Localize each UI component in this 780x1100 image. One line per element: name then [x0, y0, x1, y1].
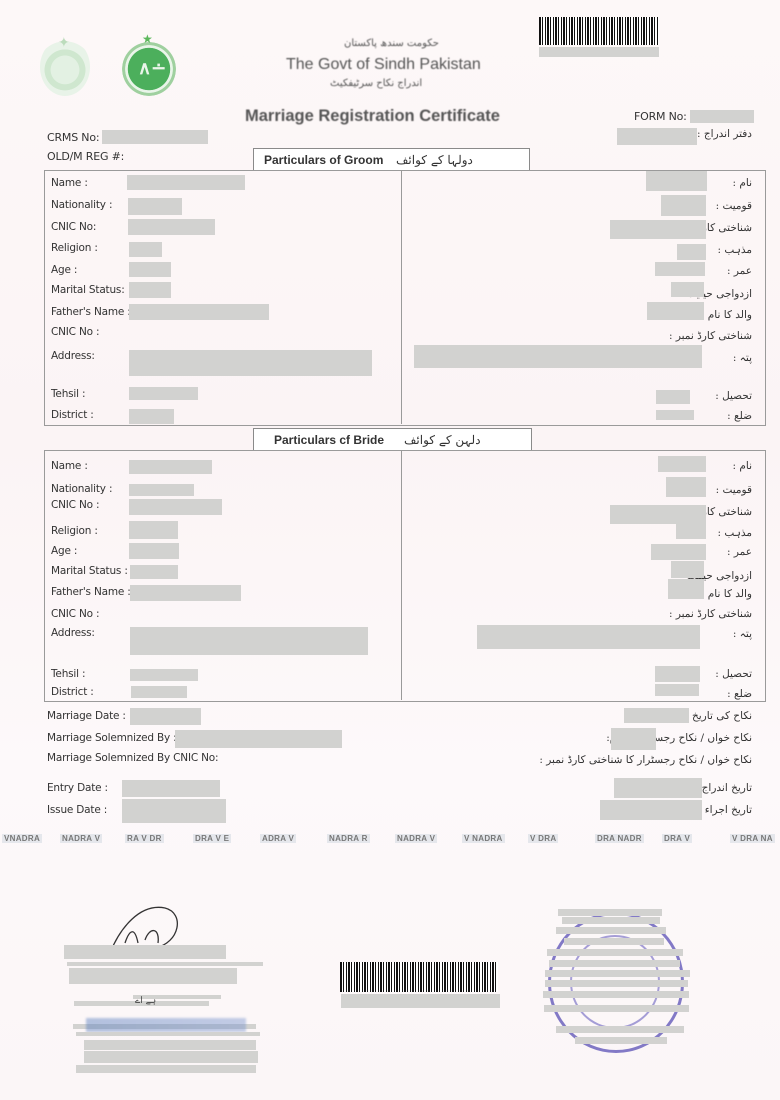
nadra-emblem-glyph: ∧∸ [138, 58, 166, 79]
issue-date-value [122, 799, 226, 823]
stamp-redact-bar [543, 991, 689, 998]
bride-name-urdu-value [658, 456, 706, 472]
groom-father-s-name-label: Father's Name : [51, 306, 131, 318]
bride-name-label: Name : [51, 460, 88, 472]
bride-column-divider [401, 450, 402, 700]
groom-nationality-value [128, 198, 182, 215]
groom-address-value [129, 350, 372, 376]
groom-tehsil-urdu-value [656, 390, 690, 404]
watermark-text: V DRA [528, 834, 558, 843]
form-no-label: FORM No: [634, 110, 687, 123]
bride-tehsil-urdu-value [655, 666, 700, 682]
bride-tehsil-urdu-label: تحصیل : [715, 668, 752, 680]
bottom-barcode [340, 962, 498, 992]
watermark-text: V NADRA [462, 834, 505, 843]
bride-marital-status-value [130, 565, 178, 579]
groom-name-label: Name : [51, 177, 88, 189]
crms-label: CRMS No: [47, 131, 99, 144]
govt-title: The Govt of Sindh Pakistan [286, 56, 481, 74]
watermark-text: VNADRA [2, 834, 42, 843]
groom-section-title: Particulars of Groom [264, 153, 383, 167]
registrar-detail-redact-3 [76, 1065, 256, 1073]
bride-religion-value [129, 521, 178, 539]
cert-title: Marriage Registration Certificate [245, 107, 500, 126]
bride-age-urdu-label: عمر : [727, 546, 752, 558]
bride-religion-label: Religion : [51, 525, 98, 537]
bride-tehsil-value [130, 669, 198, 681]
marriage-date-value [130, 708, 201, 725]
issue-date-urdu: تاریخ اجراء : [698, 804, 752, 816]
stamp-redact-bar [575, 1037, 667, 1044]
groom-district-label: District : [51, 409, 94, 421]
stamp-redact-bar [556, 927, 666, 934]
entry-date-urdu: تاریخ اندراج : [695, 782, 752, 794]
groom-name-value [127, 175, 245, 190]
groom-age-urdu-value [655, 262, 705, 276]
marriage-date-label: Marriage Date : [47, 710, 126, 722]
bride-age-value [129, 543, 179, 559]
groom-district-urdu-label: ضلع : [727, 410, 752, 422]
signature-redact-1 [64, 945, 226, 959]
bride-cnic-no-value [129, 499, 222, 515]
bride-father-s-name-value [130, 585, 241, 601]
watermark-text: NADRA V [395, 834, 437, 843]
bride-religion-urdu-label: مذہب : [718, 527, 752, 539]
groom-tehsil-urdu-label: تحصیل : [715, 390, 752, 402]
entry-date-value [122, 780, 220, 797]
bride-district-label: District : [51, 686, 94, 698]
bride-address-value [130, 627, 368, 655]
office-entry-urdu-label: دفتر اندراج : [697, 128, 752, 140]
office-entry-value [617, 128, 697, 145]
groom-nationality-urdu-value [661, 195, 706, 216]
groom-nationality-label: Nationality : [51, 199, 112, 211]
groom-tehsil-label: Tehsil : [51, 388, 85, 400]
bottom-barcode-number [341, 994, 500, 1008]
groom-address-label: Address: [51, 350, 95, 362]
bride-address-urdu-label: پتہ : [733, 628, 752, 640]
watermark-text: NADRA V [60, 834, 102, 843]
groom-address-urdu-value [414, 345, 702, 368]
issue-date-urdu-value [600, 800, 702, 820]
signature-urdu-text: ہے اے [135, 996, 156, 1006]
bride-father-s-name-urdu-label: والد کا نام : [701, 588, 752, 600]
bride-name-urdu-label: نام : [733, 460, 753, 472]
groom-religion-urdu-label: مذہب : [718, 244, 752, 256]
solemnized-by-label: Marriage Solemnized By : [47, 732, 177, 744]
bride-section-title-urdu: دلہن کے کوائف [404, 433, 481, 447]
issue-date-label: Issue Date : [47, 804, 107, 816]
bride-father-s-name-label: Father's Name : [51, 586, 131, 598]
groom-tehsil-value [129, 387, 198, 400]
bride-district-urdu-value [655, 684, 699, 696]
groom-section-header: Particulars of Groom دولہا کے کوائف [253, 148, 530, 171]
entry-date-urdu-value [614, 778, 702, 798]
groom-religion-label: Religion : [51, 242, 98, 254]
groom-name-urdu-value [646, 171, 707, 191]
old-reg-label: OLD/M REG #: [47, 150, 124, 163]
groom-column-divider [401, 170, 402, 424]
bride-address-label: Address: [51, 627, 95, 639]
solemnized-by-urdu-value [611, 728, 656, 750]
bride-nationality-urdu-label: قومیت : [716, 484, 752, 496]
registrar-name-text [86, 1018, 246, 1032]
groom-address-urdu-label: پتہ : [733, 352, 752, 364]
groom-age-value [129, 262, 171, 277]
watermark-text: NADRA R [327, 834, 370, 843]
marriage-date-urdu: نکاح کی تاریخ : [685, 710, 752, 722]
stamp-redact-bar [547, 949, 683, 956]
govt-urdu-title: حکومت سندھ پاکستان [344, 38, 439, 49]
bride-tehsil-label: Tehsil : [51, 668, 85, 680]
stamp-redact-bar [549, 960, 680, 967]
groom-cnic-no-label: CNIC No : [51, 326, 99, 338]
groom-marital-status-value [129, 282, 171, 298]
signature-redact-3 [69, 968, 237, 984]
bride-age-label: Age : [51, 545, 77, 557]
groom-nationality-urdu-label: قومیت : [716, 200, 752, 212]
stamp-redact-bar [556, 1026, 684, 1033]
groom-cnic-no-value [128, 219, 215, 235]
groom-section-title-urdu: دولہا کے کوائف [396, 153, 473, 167]
bride-age-urdu-value [651, 544, 706, 560]
bride-cnic-no-urdu-value [610, 505, 706, 524]
bride-father-s-name-urdu-value [668, 579, 704, 599]
bride-cnic-no-urdu-label: شناختی کارڈ نمبر : [669, 608, 752, 620]
stamp-redact-bar [545, 970, 690, 977]
stamp-redact-bar [545, 980, 688, 987]
groom-name-urdu-label: نام : [733, 177, 753, 189]
top-barcode [539, 17, 659, 45]
groom-marital-status-label: Marital Status: [51, 284, 125, 296]
marriage-date-urdu-value [624, 708, 689, 723]
groom-district-value [129, 409, 174, 424]
bride-section-header: Particulars cf Bride دلہن کے کوائف [253, 428, 532, 451]
solemnized-cnic-label: Marriage Solemnized By CNIC No: [47, 752, 218, 764]
cert-urdu-title: اندراج نکاح سرٹیفکیٹ [330, 78, 422, 89]
bride-district-urdu-label: ضلع : [727, 688, 752, 700]
top-barcode-number [539, 47, 659, 57]
bride-marital-status-urdu-value [671, 561, 704, 578]
watermark-text: DRA V [662, 834, 692, 843]
stamp-redact-bar [558, 909, 662, 916]
watermark-text: ADRA V [260, 834, 296, 843]
sindh-star-icon: ✦ [58, 34, 70, 51]
bride-cnic-no-label: CNIC No : [51, 499, 99, 511]
entry-date-label: Entry Date : [47, 782, 108, 794]
watermark-text: V DRA NA [730, 834, 775, 843]
solemnized-cnic-urdu: نکاح خواں / نکاح رجسٹرار کا شناختی کارڈ … [539, 754, 752, 766]
groom-religion-value [129, 242, 162, 257]
nadra-star-icon: ★ [142, 32, 153, 46]
groom-marital-status-urdu-value [671, 282, 704, 297]
groom-cnic-no-urdu-value [610, 220, 706, 239]
groom-age-urdu-label: عمر : [727, 265, 752, 277]
bride-district-value [131, 686, 187, 698]
groom-district-urdu-value [656, 410, 694, 420]
bride-religion-urdu-value [676, 524, 706, 539]
bride-nationality-label: Nationality : [51, 483, 112, 495]
groom-cnic-no-label: CNIC No: [51, 221, 96, 233]
stamp-redact-bar [564, 938, 664, 945]
groom-father-s-name-urdu-label: والد کا نام : [701, 309, 752, 321]
form-no-value [690, 110, 754, 123]
solemnized-by-value [175, 730, 342, 748]
groom-father-s-name-value [129, 304, 269, 320]
bride-nationality-value [129, 484, 194, 496]
registrar-name-redact-2 [76, 1032, 260, 1036]
crms-value [102, 130, 208, 144]
signature-redact-2 [67, 962, 263, 966]
watermark-text: DRA NADR [595, 834, 644, 843]
groom-religion-urdu-value [677, 244, 706, 260]
groom-cnic-no-urdu-label: شناختی کارڈ نمبر : [669, 330, 752, 342]
bride-marital-status-label: Marital Status : [51, 565, 128, 577]
watermark-text: DRA V E [193, 834, 231, 843]
groom-father-s-name-urdu-value [647, 302, 704, 320]
bride-address-urdu-value [477, 625, 700, 649]
stamp-redact-bar [562, 917, 660, 924]
bride-cnic-no-label: CNIC No : [51, 608, 99, 620]
bride-nationality-urdu-value [666, 477, 706, 497]
groom-age-label: Age : [51, 264, 77, 276]
registrar-detail-redact-2 [84, 1051, 258, 1063]
watermark-text: RA V DR [125, 834, 164, 843]
stamp-redact-bar [544, 1005, 689, 1012]
registrar-detail-redact-1 [84, 1040, 256, 1050]
bride-section-title: Particulars cf Bride [274, 433, 384, 447]
bride-name-value [129, 460, 212, 474]
